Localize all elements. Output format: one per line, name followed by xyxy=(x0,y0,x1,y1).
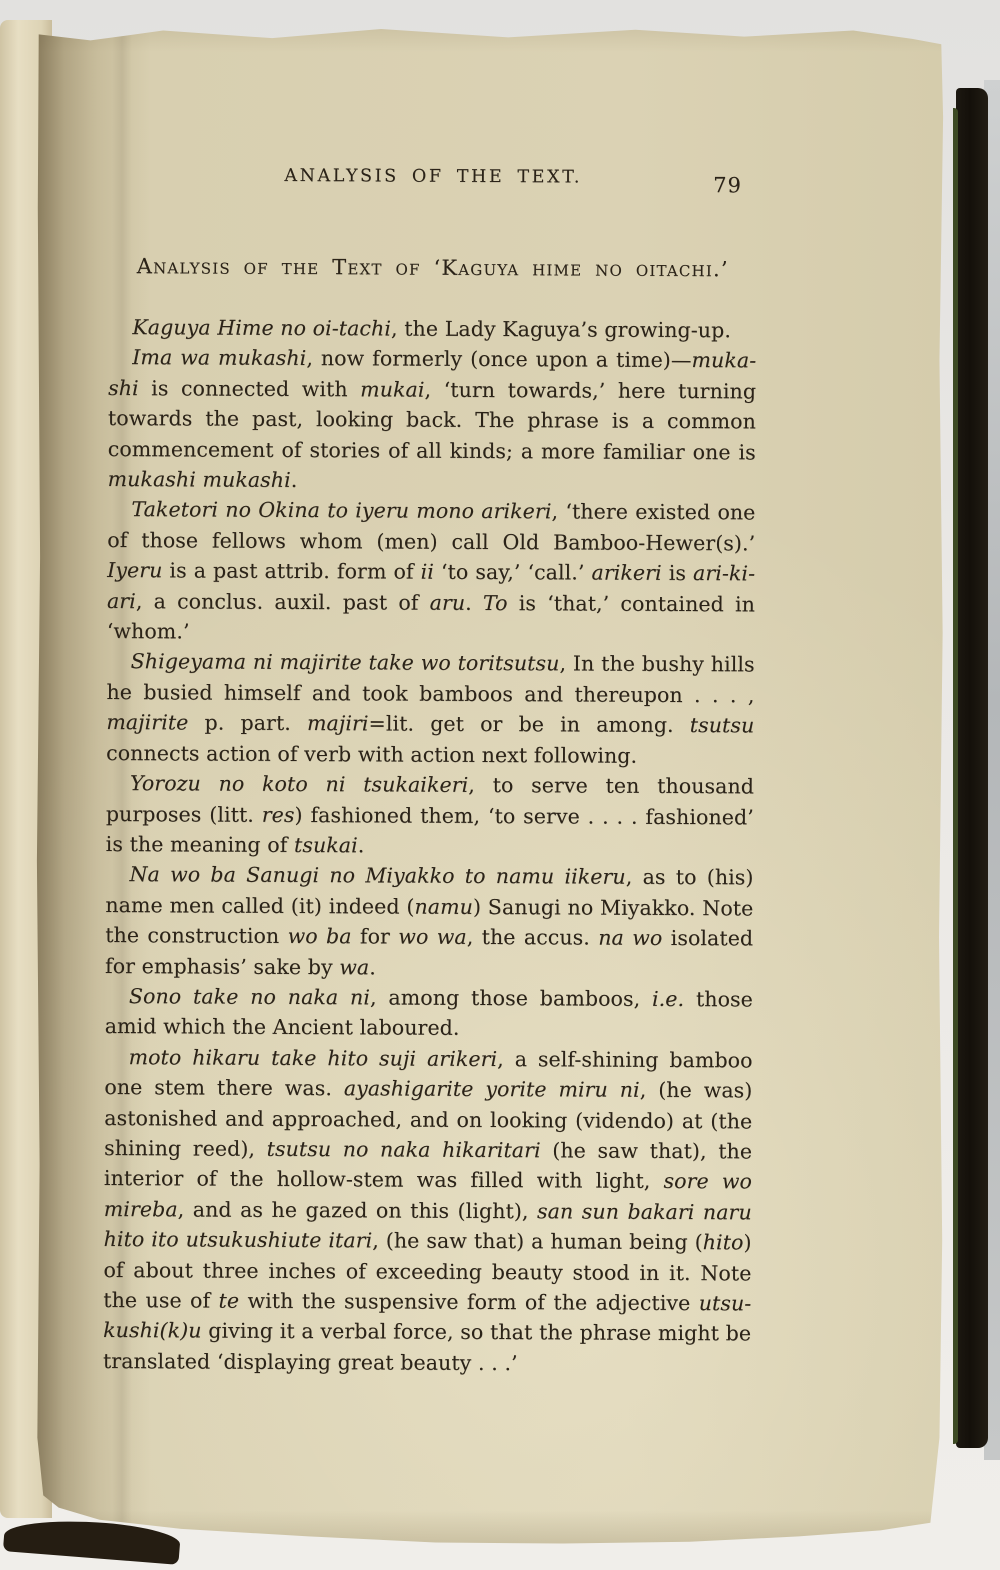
text-run: with the suspensive form of the adjectiv… xyxy=(239,1289,699,1315)
italic-text-run: To xyxy=(483,591,508,615)
text-run: . xyxy=(291,468,298,492)
italic-text-run: ii xyxy=(421,560,434,584)
italic-text-run: Kaguya Hime no oi-tachi xyxy=(132,315,391,340)
text-run: , (he saw that) a human being ( xyxy=(372,1229,703,1255)
italic-text-run: hito xyxy=(703,1230,744,1254)
text-run: , a conclus. auxil. past of xyxy=(136,589,430,615)
italic-text-run: Na wo ba Sanugi no Miyakko to namu iiker… xyxy=(129,862,625,889)
italic-text-run: i.e. xyxy=(652,987,684,1011)
text-run: p. part. xyxy=(188,711,307,736)
page-body: Kaguya Hime no oi-tachi, the Lady Kaguya… xyxy=(103,312,757,1380)
text-run: . xyxy=(369,955,376,979)
italic-text-run: Iyeru xyxy=(107,558,162,582)
text-run: . xyxy=(465,591,483,615)
italic-text-run: majirite xyxy=(106,710,188,734)
italic-text-run: moto hikaru take hito suji arikeri xyxy=(129,1045,498,1071)
text-run: for xyxy=(352,924,399,948)
italic-text-run: Shigeyama ni majirite take wo toritsutsu xyxy=(131,650,560,676)
text-run: , the Lady Kaguya’s growing-up. xyxy=(391,316,731,342)
italic-text-run: Sono take no naka ni xyxy=(129,984,370,1009)
paragraph: Shigeyama ni majirite take wo toritsutsu… xyxy=(106,646,755,771)
page-content: ANALYSIS OF THE TEXT. 79 Analysis of the… xyxy=(102,26,758,1547)
italic-text-run: arikeri xyxy=(591,561,661,585)
text-run: connects action of verb with action next… xyxy=(106,741,637,768)
italic-text-run: tsutsu xyxy=(690,713,755,737)
page-number: 79 xyxy=(713,173,742,197)
italic-text-run: Taketori no Okina to iyeru mono arikeri xyxy=(131,498,551,524)
italic-text-run: majiri xyxy=(307,711,369,735)
italic-text-run: wa xyxy=(339,955,369,979)
italic-text-run: Yorozu no koto ni tsukaikeri xyxy=(130,771,468,797)
paragraph: Kaguya Hime no oi-tachi, the Lady Kaguya… xyxy=(108,312,756,346)
italic-text-run: te xyxy=(219,1289,240,1313)
italic-text-run: ayashigarite yorite miru ni xyxy=(344,1076,640,1102)
text-run: is xyxy=(662,561,693,585)
text-run: is a past attrib. form of xyxy=(162,559,420,584)
italic-text-run: na wo xyxy=(598,926,662,950)
text-run: =lit. get or be in among. xyxy=(369,712,690,738)
photo-backdrop: ANALYSIS OF THE TEXT. 79 Analysis of the… xyxy=(0,0,1000,1570)
paragraph: Taketori no Okina to iyeru mono arikeri,… xyxy=(107,494,756,649)
book-page: ANALYSIS OF THE TEXT. 79 Analysis of the… xyxy=(36,26,944,1544)
running-header: ANALYSIS OF THE TEXT. xyxy=(109,165,757,188)
italic-text-run: wo wa xyxy=(398,925,467,949)
italic-text-run: namu xyxy=(414,894,473,918)
text-run: , and as he gazed on this (light), xyxy=(178,1197,538,1223)
italic-text-run: mukashi mukashi xyxy=(108,467,291,492)
italic-text-run: mukai xyxy=(360,377,424,401)
italic-text-run: tsutsu no naka hikaritari xyxy=(267,1137,541,1162)
italic-text-run: aru xyxy=(430,590,466,614)
text-run: . xyxy=(358,833,365,857)
text-run: , now formerly (once upon a time)— xyxy=(306,346,691,372)
italic-text-run: res xyxy=(262,802,295,826)
italic-text-run: tsukai xyxy=(294,833,358,857)
text-run: , the accus. xyxy=(467,925,599,950)
italic-text-run: wo ba xyxy=(288,924,352,948)
italic-text-run: Ima wa mukashi xyxy=(132,346,306,371)
text-run: ‘to say,’ ‘call.’ xyxy=(434,560,592,585)
paragraph: Sono take no naka ni, among those bamboo… xyxy=(105,981,753,1045)
text-run: , among those bamboos, xyxy=(370,985,652,1010)
paragraph: Ima wa mukashi, now formerly (once upon … xyxy=(108,342,757,497)
paragraph: Yorozu no koto ni tsukaikeri, to serve t… xyxy=(106,768,754,863)
paragraph: Na wo ba Sanugi no Miyakko to namu iiker… xyxy=(105,859,754,984)
paragraph: moto hikaru take hito suji arikeri, a se… xyxy=(103,1042,753,1380)
book-cover xyxy=(956,88,988,1448)
text-run: is connected with xyxy=(139,376,361,401)
section-heading: Analysis of the Text of ‘Kaguya hime no … xyxy=(97,254,769,282)
text-run: giving it a verbal force, so that the ph… xyxy=(103,1319,751,1375)
